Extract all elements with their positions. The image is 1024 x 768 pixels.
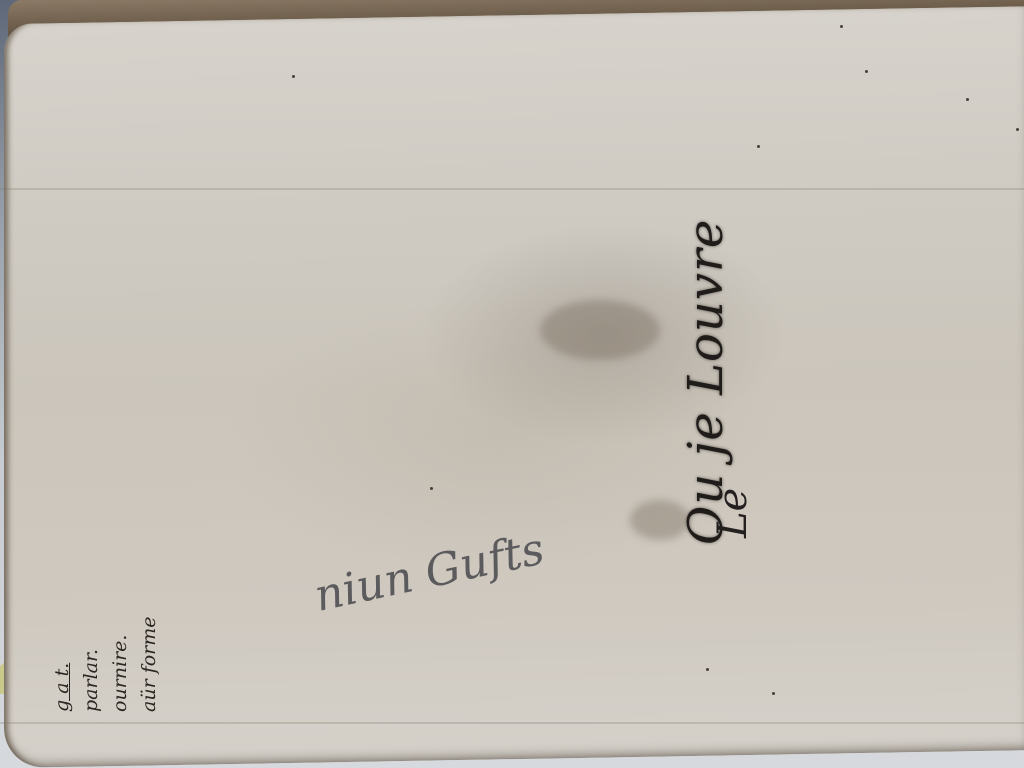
paper-speck (430, 487, 433, 490)
ink-inscription-sub: Le (710, 488, 756, 538)
paper-speck (966, 98, 969, 101)
paper-speck (1016, 128, 1019, 131)
corner-notes: g a t. parlar. ournire. aür forme (48, 616, 164, 712)
paper-speck (865, 70, 868, 73)
paper-speck (772, 692, 775, 695)
page-crease (0, 722, 1024, 724)
corner-note: ournire. (106, 616, 135, 712)
paper-speck (840, 25, 843, 28)
corner-note: aür forme (135, 616, 164, 712)
corner-note: g a t. (48, 616, 77, 712)
ink-smudge (540, 300, 660, 360)
corner-note: parlar. (77, 616, 106, 712)
page-crease (0, 188, 1024, 190)
paper-speck (757, 145, 760, 148)
paper-speck (292, 75, 295, 78)
paper-speck (706, 668, 709, 671)
